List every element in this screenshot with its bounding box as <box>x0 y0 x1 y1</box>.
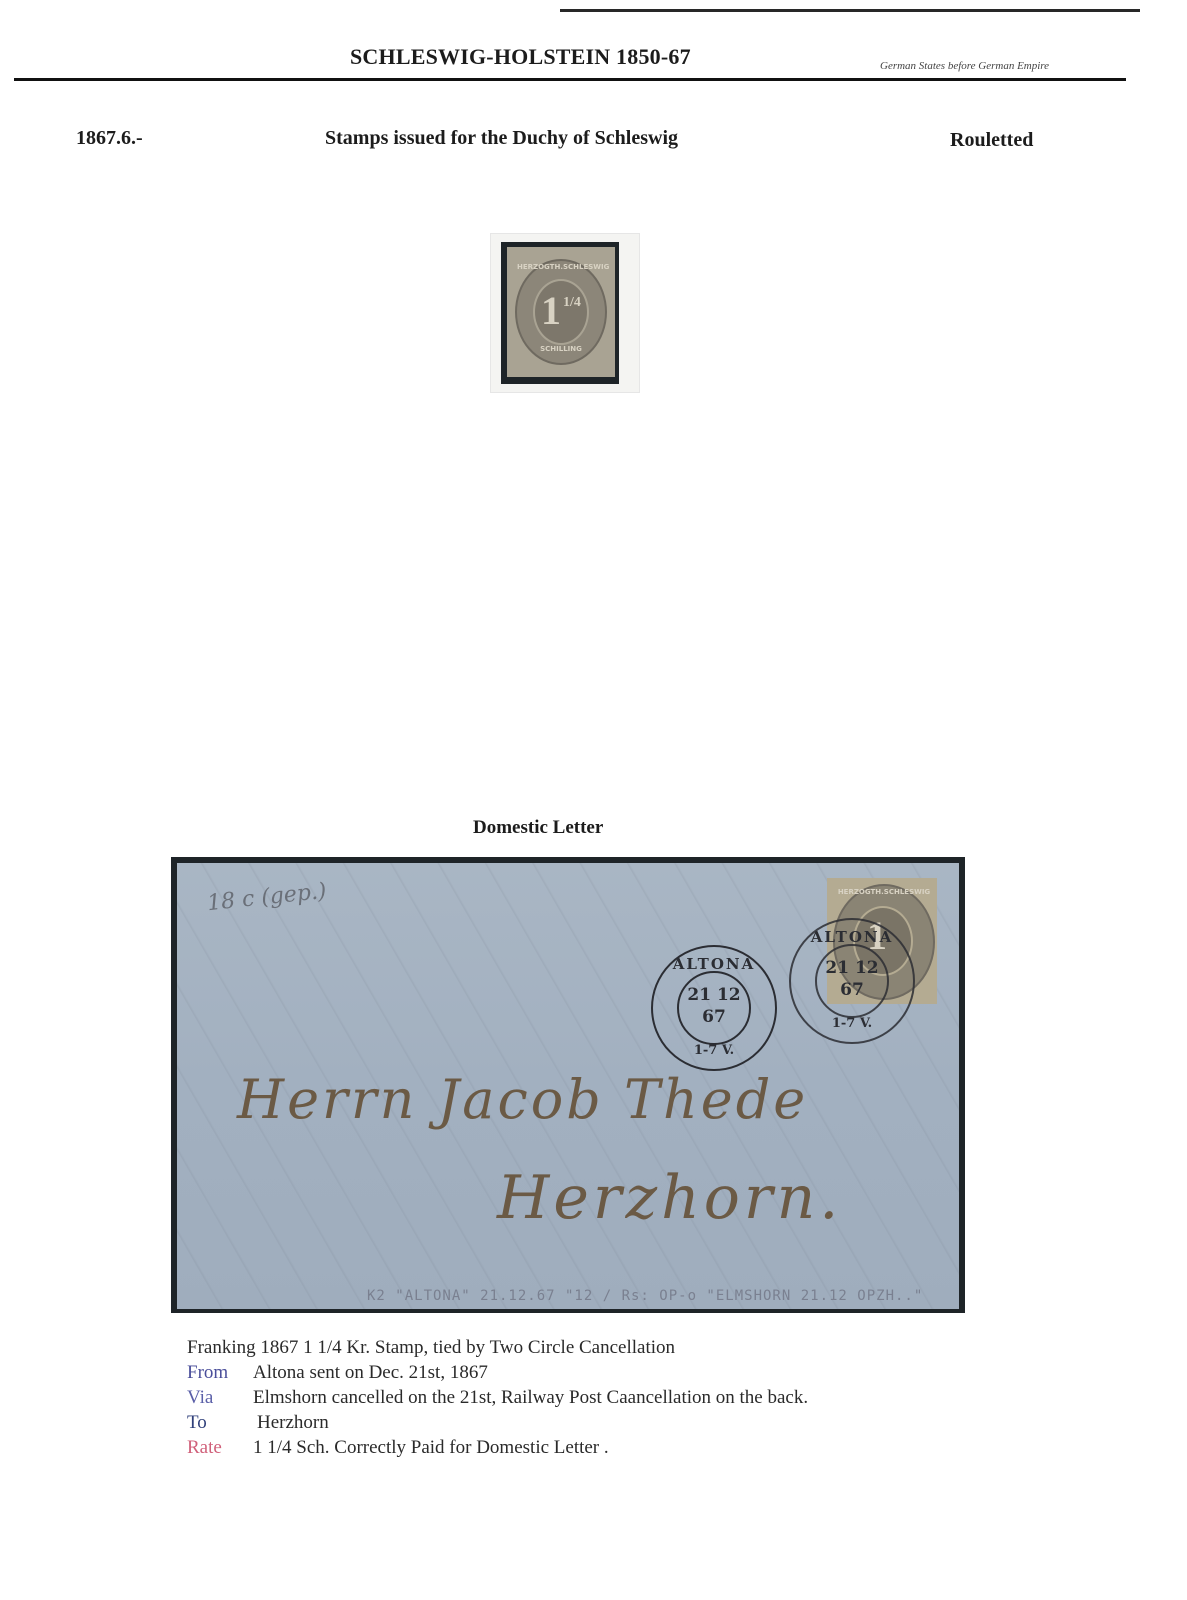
franking-line: Franking 1867 1 1/4 Kr. Stamp, tied by T… <box>187 1335 808 1360</box>
stamp-top-inscription: HERZOGTH.SCHLESWIG <box>835 888 933 896</box>
postmark-altona-1: ALTONA 21 12 67 1-7 V. <box>651 945 777 1071</box>
desc-label-from: From <box>187 1360 253 1385</box>
cover-envelope: 18 c (gep.) HERZOGTH.SCHLESWIG 1 ALTONA … <box>177 863 959 1309</box>
address-addressee: Herrn Jacob Thede <box>237 1068 808 1131</box>
postmark-date: 21 12 <box>791 958 913 978</box>
postmark-time: 1-7 V. <box>791 1016 913 1031</box>
desc-label-rate: Rate <box>187 1435 253 1460</box>
franking-text: Franking 1867 1 1/4 Kr. Stamp, tied by T… <box>187 1335 675 1360</box>
postmark-date: 21 12 <box>653 985 775 1005</box>
header-rule <box>14 78 1126 81</box>
desc-row-rate: Rate 1 1/4 Sch. Correctly Paid for Domes… <box>187 1435 808 1460</box>
postmark-year: 67 <box>653 1007 775 1027</box>
postmark-time: 1-7 V. <box>653 1043 775 1058</box>
pencil-note: 18 c (gep.) <box>206 879 328 916</box>
postmark-town: ALTONA <box>791 928 913 946</box>
top-rule <box>560 9 1140 12</box>
issue-title: Stamps issued for the Duchy of Schleswig <box>325 127 678 150</box>
postmark-altona-2: ALTONA 21 12 67 1-7 V. <box>789 918 915 1044</box>
desc-row-from: From Altona sent on Dec. 21st, 1867 <box>187 1360 808 1385</box>
stamp-value-whole: 1 <box>541 287 561 334</box>
postmark-year: 67 <box>791 980 913 1000</box>
desc-value-via: Elmshorn cancelled on the 21st, Railway … <box>253 1385 808 1410</box>
mint-stamp-mount: HERZOGTH.SCHLESWIG 1 1/4 SCHILLING <box>490 233 640 393</box>
cover-description: Franking 1867 1 1/4 Kr. Stamp, tied by T… <box>187 1335 808 1460</box>
desc-label-to: To <box>187 1410 253 1435</box>
stamp-top-inscription: HERZOGTH.SCHLESWIG <box>517 263 605 271</box>
stamp-value-fraction: 1/4 <box>563 295 581 311</box>
perforation-label: Rouletted <box>950 129 1033 152</box>
pencil-annotation: K2 "ALTONA" 21.12.67 "12 / Rs: OP-o "ELM… <box>367 1288 923 1304</box>
stamp-bottom-inscription: SCHILLING <box>517 345 605 353</box>
mint-stamp: HERZOGTH.SCHLESWIG 1 1/4 SCHILLING <box>507 247 615 377</box>
issue-date: 1867.6.- <box>76 127 143 150</box>
stamp-frame: HERZOGTH.SCHLESWIG 1 1/4 SCHILLING <box>501 242 619 384</box>
page-subtitle: German States before German Empire <box>880 60 1049 72</box>
desc-value-rate: 1 1/4 Sch. Correctly Paid for Domestic L… <box>253 1435 609 1460</box>
desc-value-to: Herzhorn <box>253 1410 329 1435</box>
desc-value-from: Altona sent on Dec. 21st, 1867 <box>253 1360 488 1385</box>
desc-row-to: To Herzhorn <box>187 1410 808 1435</box>
page-title: SCHLESWIG-HOLSTEIN 1850-67 <box>350 44 691 70</box>
cover-frame: 18 c (gep.) HERZOGTH.SCHLESWIG 1 ALTONA … <box>171 857 965 1313</box>
desc-label-via: Via <box>187 1385 253 1410</box>
address-town: Herzhorn. <box>497 1163 842 1233</box>
cover-heading: Domestic Letter <box>473 817 603 839</box>
desc-row-via: Via Elmshorn cancelled on the 21st, Rail… <box>187 1385 808 1410</box>
postmark-town: ALTONA <box>653 955 775 973</box>
